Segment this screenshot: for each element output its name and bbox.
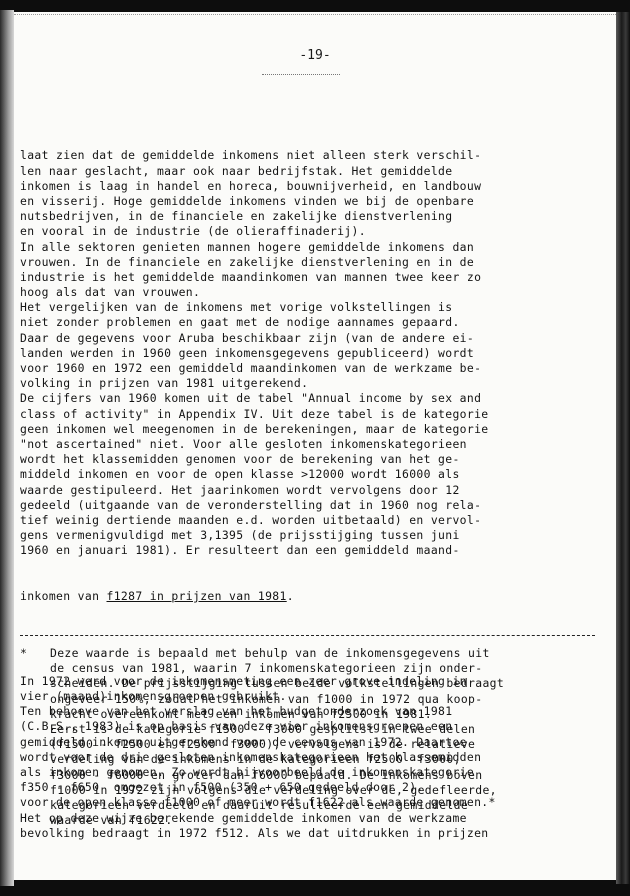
page-number-rule bbox=[262, 74, 340, 75]
footnote-line: waarde van f1622. bbox=[50, 813, 504, 828]
text-line: De cijfers van 1960 komen uit de tabel "… bbox=[20, 391, 610, 406]
text-line: gedeeld (uitgaande van de veronderstelli… bbox=[20, 498, 610, 513]
text-line: niet zonder problemen en gaat met de nod… bbox=[20, 315, 610, 330]
text-line: middeld inkomen en voor de open klasse >… bbox=[20, 467, 610, 482]
text-line: tief weinig dertiende maanden e.d. worde… bbox=[20, 513, 610, 528]
text-line: nutsbedrijven, in de financiele en zakel… bbox=[20, 209, 610, 224]
text-line: voor 1960 en 1972 een gemiddeld maandink… bbox=[20, 361, 610, 376]
text-line: class of activity" in Appendix IV. Uit d… bbox=[20, 407, 610, 422]
text-line: wordt het klassemidden genomen voor de b… bbox=[20, 452, 610, 467]
text-line: len naar geslacht, maar ook naar bedrijf… bbox=[20, 164, 610, 179]
footnote-line: f3000 - f6000 en groter dan f6000 bepaal… bbox=[50, 768, 504, 783]
text-line: hoog als dat van vrouwen. bbox=[20, 285, 610, 300]
text-line: Daar de gegevens voor Aruba beschikbaar … bbox=[20, 331, 610, 346]
text-line: laat zien dat de gemiddelde inkomens nie… bbox=[20, 148, 610, 163]
text-line: Het vergelijken van de inkomens met vori… bbox=[20, 300, 610, 315]
footnote-line: kracht overeenkomt met een inkomen van f… bbox=[50, 707, 504, 722]
text-line: In alle sektoren genieten mannen hogere … bbox=[20, 240, 610, 255]
footnote-line: Eerst is de kategorie f1500 - f3000 gesp… bbox=[50, 722, 504, 737]
text-line: geen inkomen wel meegenomen in de bereke… bbox=[20, 422, 610, 437]
paragraph-1-last-line: inkomen van f1287 in prijzen van 1981. bbox=[20, 589, 610, 604]
document-page: -19- laat zien dat de gemiddelde inkomen… bbox=[14, 12, 616, 880]
footnote-separator bbox=[20, 635, 595, 636]
text-line: en visserij. Hoge gemiddelde inkomens vi… bbox=[20, 194, 610, 209]
text-line: en vooral in de industrie (de olieraffin… bbox=[20, 224, 610, 239]
page-number: -19- bbox=[14, 48, 616, 63]
text-line: industrie is het gemiddelde maandinkomen… bbox=[20, 270, 610, 285]
text-line: inkomen is laag in handel en horeca, bou… bbox=[20, 179, 610, 194]
footnote-marker: * bbox=[20, 646, 27, 661]
scan-right-edge bbox=[616, 12, 630, 884]
text-line: waarde gestipuleerd. Het jaarinkomen wor… bbox=[20, 483, 610, 498]
scan-left-edge bbox=[0, 10, 14, 886]
text-line: volking in prijzen van 1981 uitgerekend. bbox=[20, 376, 610, 391]
footnote-line: Deze waarde is bepaald met behulp van de… bbox=[50, 646, 504, 661]
paragraph-1: laat zien dat de gemiddelde inkomens nie… bbox=[20, 148, 610, 558]
footnote-line: verdeling van de inkomens in de kategori… bbox=[50, 752, 504, 767]
text-line: "not ascertained" niet. Voor alle geslot… bbox=[20, 437, 610, 452]
footnote-line: f1000 in 1972 zijn volgens die verdeling… bbox=[50, 783, 504, 798]
underlined-result: f1287 in prijzen van 1981 bbox=[107, 589, 287, 603]
footnote-line: scheiden. De prijsstijging tussen beide … bbox=[50, 676, 504, 691]
footnote-line: kategorieen verdeeld en daaruit resultee… bbox=[50, 798, 504, 813]
text-line: landen werden in 1960 geen inkomensgegev… bbox=[20, 346, 610, 361]
footnote-line: ongeveer 150%, zodat het inkomen van f10… bbox=[50, 692, 504, 707]
scan-top-artifact bbox=[14, 14, 616, 17]
text-line: 1960 en januari 1981). Er resulteert dan… bbox=[20, 543, 610, 558]
footnote-line: de census van 1981, waarin 7 inkomenskat… bbox=[50, 661, 504, 676]
footnote-line: (f1500 - f2500 en f2500 -f3000), vervolg… bbox=[50, 737, 504, 752]
footnote-text: Deze waarde is bepaald met behulp van de… bbox=[50, 646, 504, 828]
text-line: gens vermenigvuldigd met 3,1395 (de prij… bbox=[20, 528, 610, 543]
footnote: * Deze waarde is bepaald met behulp van … bbox=[20, 646, 610, 707]
text-line: vrouwen. In de financiele en zakelijke d… bbox=[20, 255, 610, 270]
